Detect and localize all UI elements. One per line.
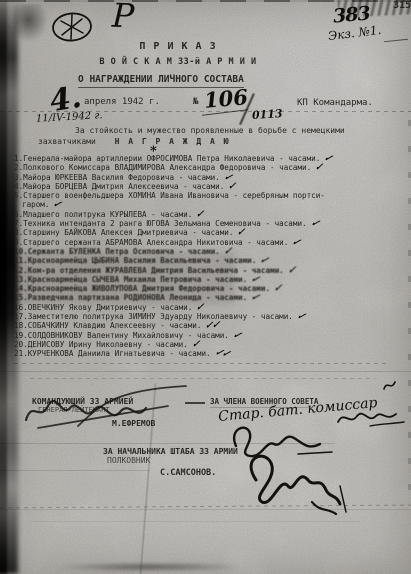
checkmark: ✓ xyxy=(249,293,260,303)
checkmark: ✓ xyxy=(295,312,306,322)
award-list-item: 10.Сержанта БУЛЕНКА Петра Осиповича - ча… xyxy=(14,247,406,256)
received-date-handwritten: 11/IV-1942 г. xyxy=(36,110,103,124)
streak-line xyxy=(0,509,411,510)
checkmark: ✓✓ xyxy=(213,348,230,359)
award-list-item: 13.Красноармейца СЫЧЕВА Михаила Петрович… xyxy=(14,275,406,284)
award-text: 2.Полкового Комиссара ВЛАДИМИРОВА Алекса… xyxy=(14,163,311,172)
staff-rank: ПОЛКОВНИК xyxy=(107,456,150,465)
staff-name: С.САМСОНОВ. xyxy=(160,468,216,478)
award-list: 1.Генерала-майора артиллерии ОФРОСИМОВА … xyxy=(14,154,406,359)
award-list-item: 8.Старшину БАЙКОВА Алексея Дмитриевича -… xyxy=(14,228,406,237)
award-list-item: 15.Разведчика партизана РОДИОНОВА Леонид… xyxy=(14,293,406,302)
streak-line xyxy=(30,521,360,522)
award-list-item: 14.Красноармейца ЖИВОЛУПОВА Дмитрия Федо… xyxy=(14,284,406,293)
corner-page-number: 315 xyxy=(393,0,411,11)
checkmark: ✓ xyxy=(196,209,204,219)
checkmark: ✓ xyxy=(249,275,260,285)
award-list-item: 1.Генерала-майора артиллерии ОФРОСИМОВА … xyxy=(14,154,406,163)
award-text: 18.СОБАЧКИНУ Клавдию Алексеевну - часами… xyxy=(14,321,201,330)
checkmark: ✓ xyxy=(52,200,63,210)
streak-line xyxy=(30,378,375,379)
staff-title: ЗА НАЧАЛЬНИКА ШТАБА 33 АРМИИ xyxy=(103,447,238,456)
award-text: 6.Младшего политрука КУРЫЛЕВА - часами. xyxy=(14,210,192,219)
order-title-line1: П Р И К А З xyxy=(0,41,356,52)
streak-line xyxy=(0,470,150,471)
checkmark: ✓ xyxy=(287,265,295,275)
top-left-smudge xyxy=(14,4,50,44)
award-text: 8.Старшину БАЙКОВА Алексея Дмитриевича -… xyxy=(14,228,233,237)
award-text: 11.Красноармейца ЦЫБИНА Василия Васильев… xyxy=(14,256,256,265)
award-list-item: 18.СОБАЧКИНУ Клавдию Алексеевну - часами… xyxy=(14,321,406,330)
preamble-line2: захватчиками Н А Г Р А Ж Д А Ю xyxy=(38,137,231,146)
checkmark: ✓ xyxy=(237,228,245,238)
award-text: 10.Сержанта БУЛЕНКА Петра Осиповича - ча… xyxy=(14,247,220,256)
award-text: 15.Разведчика партизана РОДИОНОВА Леонид… xyxy=(14,293,247,302)
award-list-item: 20.ДЕНИСОВУ Ирину Николаевну - часами.✓ xyxy=(14,340,406,349)
award-text: 12.Ком-ра отделения ЖУРАВЛЕВА Дмитрия Ва… xyxy=(14,266,284,275)
award-list-item: 3.Майора ЮРКЕЕВА Василия Федоровича - ча… xyxy=(14,173,406,182)
streak-line xyxy=(0,371,411,372)
award-text: 20.ДЕНИСОВУ Ирину Николаевну - часами. xyxy=(14,340,188,349)
award-list-item: 21.КУРЧЕНКОВА Даниила Игнатьевича - часа… xyxy=(14,349,406,358)
council-dash-mark xyxy=(185,402,205,404)
award-list-item: 5.Старшего военфельдшера ХОМИНА Ивана Ив… xyxy=(14,191,346,210)
award-text: 7.Техника интенданта 2 ранга ЮГОВА Зельм… xyxy=(14,219,307,228)
location-typed: КП Командарма. xyxy=(297,98,373,108)
award-text: 9.Старшего сержанта АБРАМОВА Александра … xyxy=(14,238,288,247)
award-text: 16.ОВЕЧКИНУ Якову Дмитриевичу - часами. xyxy=(14,303,192,312)
award-list-item: 2.Полкового Комиссара ВЛАДИМИРОВА Алекса… xyxy=(14,163,406,172)
date-typed: апреля 1942 г. xyxy=(84,97,160,107)
award-text: 4.Майора БОРЦЕВА Дмитрия Алексеевича - ч… xyxy=(14,182,224,191)
award-list-item: 19.СОЛДОВНИКОВУ Валентину Михайловичу - … xyxy=(14,331,406,340)
award-word: Н А Г Р А Ж Д А Ю xyxy=(115,137,231,146)
checkmark: ✓ xyxy=(322,154,333,164)
order-number-handwritten: 106 xyxy=(203,84,249,113)
handwritten-r-mark: Р xyxy=(111,0,135,35)
award-list-item: 12.Ком-ра отделения ЖУРАВЛЕВА Дмитрия Ва… xyxy=(14,266,406,275)
award-text: 3.Майора ЮРКЕЕВА Василия Федоровича - ча… xyxy=(14,173,220,182)
checkmark: ✓ xyxy=(223,247,231,257)
checkmark: ✓ xyxy=(315,163,323,173)
award-text: 17.Заместителю политрука ЗИМИНУ Эдуарду … xyxy=(14,312,293,321)
number-sign: № xyxy=(193,97,198,107)
award-text: 14.Красноармейца ЖИВОЛУПОВА Дмитрия Федо… xyxy=(14,284,270,293)
checkmark: ✓ xyxy=(231,330,242,340)
council-name-scribble xyxy=(330,402,408,432)
checkmark: ✓ xyxy=(309,219,320,229)
scanned-document-page: Р 383 Экз. №1. 315 П Р И К А З В О Й С К… xyxy=(0,0,411,574)
award-list-item: 4.Майора БОРЦЕВА Дмитрия Алексеевича - ч… xyxy=(14,182,406,191)
award-list-item: 7.Техника интенданта 2 ранга ЮГОВА Зельм… xyxy=(14,219,406,228)
award-text: 13.Красноармейца СЫЧЕВА Михаила Петрович… xyxy=(14,275,247,284)
commander-signature-scribble xyxy=(18,382,193,434)
streak-line xyxy=(0,505,411,509)
checkmark: ✓ xyxy=(191,340,199,350)
award-list-item: 16.ОВЕЧКИНУ Якову Дмитриевичу - часами.✓ xyxy=(14,303,406,312)
copy-note-underline xyxy=(384,39,408,43)
streak-line xyxy=(14,363,390,364)
checkmark: ✓✓ xyxy=(205,321,220,331)
streak-line xyxy=(0,443,335,444)
award-list-item: 11.Красноармейца ЦЫБИНА Василия Васильев… xyxy=(14,256,406,265)
bottom-smear xyxy=(55,562,245,572)
award-list-item: 6.Младшего политрука КУРЫЛЕВА - часами.✓ xyxy=(14,210,406,219)
checkmark: ✓ xyxy=(290,237,301,247)
award-list-item: 9.Старшего сержанта АБРАМОВА Александра … xyxy=(14,238,406,247)
preamble-line1: За стойкость и мужество проявленные в бо… xyxy=(75,126,345,135)
pencil-tick-mark xyxy=(382,378,398,394)
award-text: 1.Генерала-майора артиллерии ОФРОСИМОВА … xyxy=(14,154,320,163)
checkmark: ✓ xyxy=(228,182,236,192)
order-title-line2: В О Й С К А М 33-й А Р М И И xyxy=(0,57,356,67)
checkmark: ✓ xyxy=(196,302,204,312)
award-text: 21.КУРЧЕНКОВА Даниила Игнатьевича - часа… xyxy=(14,349,211,358)
checkmark: ✓ xyxy=(258,256,269,266)
order-number-suffix: 0113 xyxy=(252,107,283,122)
preamble-line2-text: захватчиками xyxy=(38,137,96,146)
checkmark: ✓ xyxy=(274,284,282,294)
